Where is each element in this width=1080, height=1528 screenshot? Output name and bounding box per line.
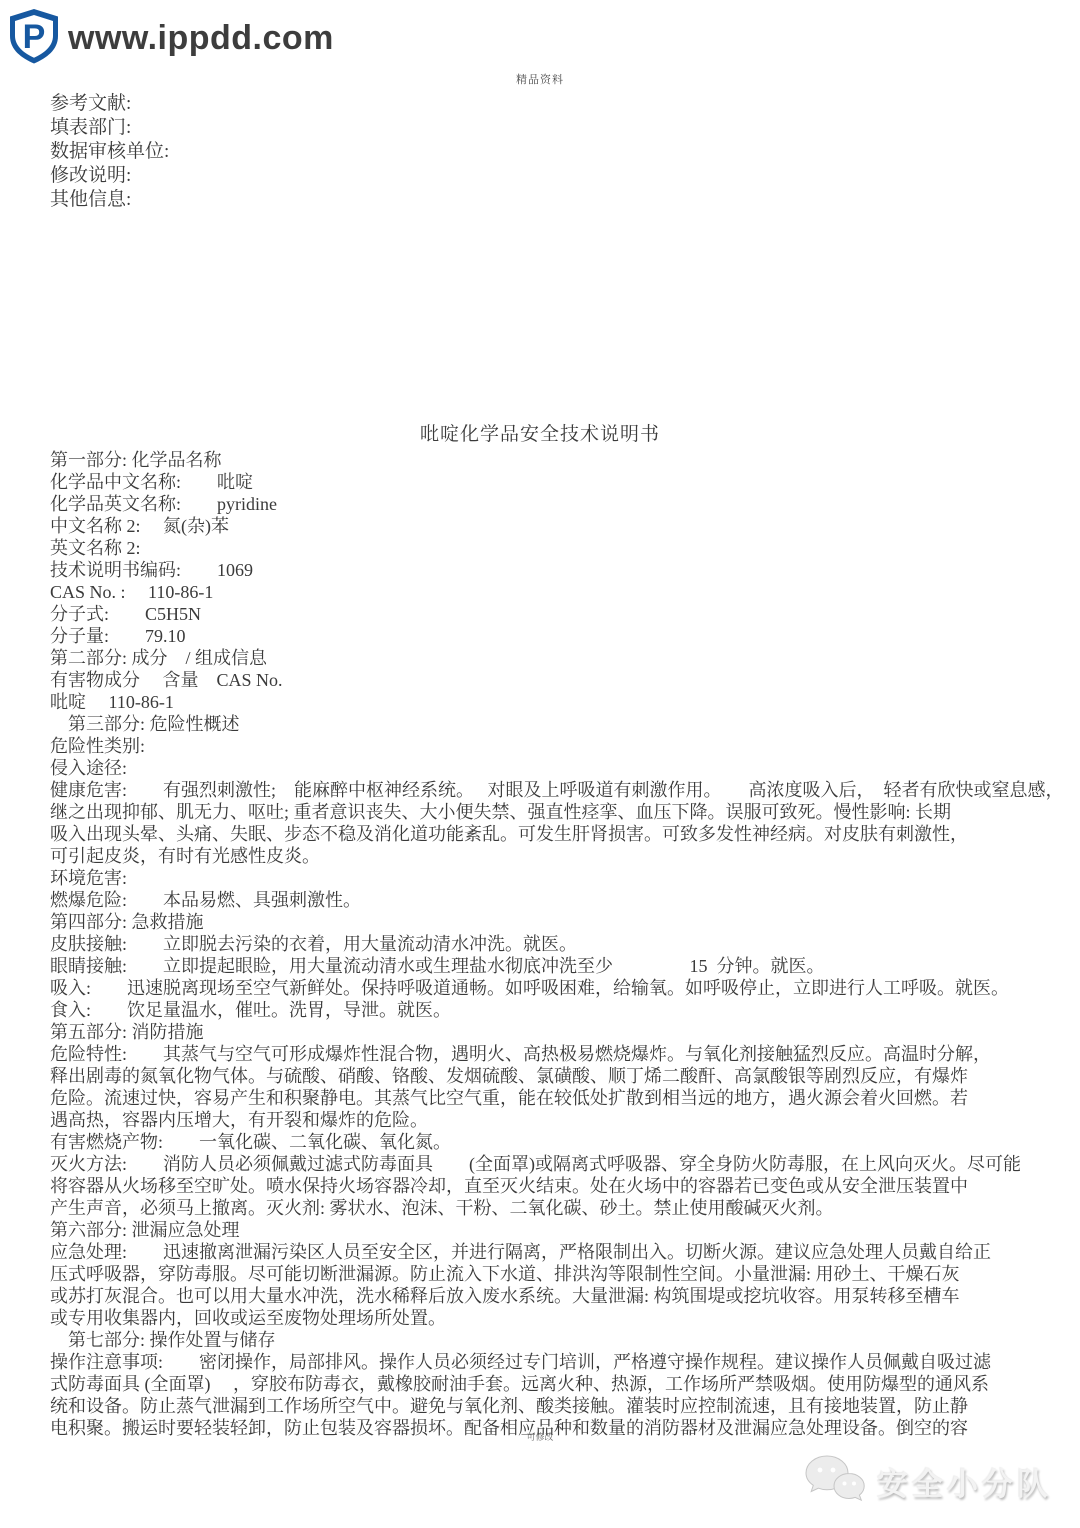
- footer-note: 可修改: [0, 1430, 1080, 1443]
- document-line: 第五部分: 消防措施: [50, 1021, 1050, 1043]
- document-line: 有害物成分 含量 CAS No.: [50, 669, 1050, 691]
- document-body: 第一部分: 化学品名称化学品中文名称: 吡啶化学品英文名称: pyridine中…: [50, 449, 1050, 1439]
- document-line: 技术说明书编码: 1069: [50, 559, 1050, 581]
- meta-line: 参考文献:: [50, 92, 169, 116]
- meta-line: 填表部门:: [50, 116, 169, 140]
- document-line: 第一部分: 化学品名称: [50, 449, 1050, 471]
- document-line: 压式呼吸器，穿防毒服。尽可能切断泄漏源。防止流入下水道、排洪沟等限制性空间。小量…: [50, 1263, 1050, 1285]
- bottom-watermark: 安全小分队: [803, 1452, 1052, 1511]
- shield-p-icon: P: [8, 8, 60, 69]
- site-url: www.ippdd.com: [68, 19, 334, 58]
- document-line: 应急处理: 迅速撤离泄漏污染区人员至安全区，并进行隔离，严格限制出入。切断火源。…: [50, 1241, 1050, 1263]
- document-line: 式防毒面具 (全面罩) ，穿胶布防毒衣，戴橡胶耐油手套。远离火种、热源，工作场所…: [50, 1373, 1050, 1395]
- document-line: 可引起皮炎，有时有光感性皮炎。: [50, 845, 1050, 867]
- bottom-watermark-label: 安全小分队: [877, 1459, 1052, 1504]
- site-logo: P www.ippdd.com: [8, 8, 334, 69]
- document-page: P www.ippdd.com 精品资料 参考文献:填表部门:数据审核单位:修改…: [0, 0, 1080, 1528]
- document-line: 危险特性: 其蒸气与空气可形成爆炸性混合物，遇明火、高热极易燃烧爆炸。与氧化剂接…: [50, 1043, 1050, 1065]
- document-line: 或苏打灰混合。也可以用大量水冲洗，洗水稀释后放入废水系统。大量泄漏: 构筑围堤或…: [50, 1285, 1050, 1307]
- document-line: 眼睛接触: 立即提起眼睑，用大量流动清水或生理盐水彻底冲洗至少 15 分钟。就医…: [50, 955, 1050, 977]
- document-line: 将容器从火场移至空旷处。喷水保持火场容器冷却，直至灭火结束。处在火场中的容器若已…: [50, 1175, 1050, 1197]
- document-line: 产生声音，必须马上撤离。灭火剂: 雾状水、泡沫、干粉、二氧化碳、砂土。禁止使用酸…: [50, 1197, 1050, 1219]
- document-line: 第四部分: 急救措施: [50, 911, 1050, 933]
- document-line: 化学品中文名称: 吡啶: [50, 471, 1050, 493]
- document-line: 健康危害: 有强烈刺激性; 能麻醉中枢神经系统。 对眼及上呼吸道有刺激作用。 高…: [50, 779, 1050, 801]
- svg-text:P: P: [23, 18, 46, 56]
- document-line: 统和设备。防止蒸气泄漏到工作场所空气中。避免与氧化剂、酸类接触。灌装时应控制流速…: [50, 1395, 1050, 1417]
- document-line: 继之出现抑郁、肌无力、呕吐; 重者意识丧失、大小便失禁、强直性痉挛、血压下降。误…: [50, 801, 1050, 823]
- document-line: 侵入途径:: [50, 757, 1050, 779]
- document-line: 吡啶 110-86-1: [50, 691, 1050, 713]
- document-line: 食入: 饮足量温水，催吐。洗胃，导泄。就医。: [50, 999, 1050, 1021]
- document-line: 皮肤接触: 立即脱去污染的衣着，用大量流动清水冲洗。就医。: [50, 933, 1050, 955]
- document-line: 吸入: 迅速脱离现场至空气新鲜处。保持呼吸道通畅。如呼吸困难，给输氧。如呼吸停止…: [50, 977, 1050, 999]
- document-line: 有害燃烧产物: 一氧化碳、二氧化碳、氧化氮。: [50, 1131, 1050, 1153]
- document-title: 吡啶化学品安全技术说明书: [0, 419, 1080, 446]
- document-line: 中文名称 2: 氮(杂)苯: [50, 515, 1050, 537]
- document-line: 灭火方法: 消防人员必须佩戴过滤式防毒面具 (全面罩)或隔离式呼吸器、穿全身防火…: [50, 1153, 1050, 1175]
- document-line: 第七部分: 操作处置与储存: [50, 1329, 1050, 1351]
- document-line: 操作注意事项: 密闭操作，局部排风。操作人员必须经过专门培训，严格遵守操作规程。…: [50, 1351, 1050, 1373]
- meta-line: 其他信息:: [50, 188, 169, 212]
- meta-block: 参考文献:填表部门:数据审核单位:修改说明:其他信息:: [50, 92, 169, 212]
- document-line: 第六部分: 泄漏应急处理: [50, 1219, 1050, 1241]
- document-line: 吸入出现头晕、头痛、失眠、步态不稳及消化道功能紊乱。可发生肝肾损害。可致多发性神…: [50, 823, 1050, 845]
- top-watermark-text: 精品资料: [0, 71, 1080, 87]
- wechat-icon: [803, 1452, 867, 1511]
- document-line: 危险。流速过快，容易产生和积聚静电。其蒸气比空气重，能在较低处扩散到相当远的地方…: [50, 1087, 1050, 1109]
- document-line: 释出剧毒的氮氧化物气体。与硫酸、硝酸、铬酸、发烟硫酸、氯磺酸、顺丁烯二酸酐、高氯…: [50, 1065, 1050, 1087]
- meta-line: 修改说明:: [50, 164, 169, 188]
- document-line: 危险性类别:: [50, 735, 1050, 757]
- document-line: CAS No. : 110-86-1: [50, 581, 1050, 603]
- document-line: 英文名称 2:: [50, 537, 1050, 559]
- document-line: 分子量: 79.10: [50, 625, 1050, 647]
- document-line: 第三部分: 危险性概述: [50, 713, 1050, 735]
- document-line: 环境危害:: [50, 867, 1050, 889]
- document-line: 燃爆危险: 本品易燃、具强刺激性。: [50, 889, 1050, 911]
- document-line: 第二部分: 成分 / 组成信息: [50, 647, 1050, 669]
- document-line: 或专用收集器内，回收或运至废物处理场所处置。: [50, 1307, 1050, 1329]
- document-line: 化学品英文名称: pyridine: [50, 493, 1050, 515]
- document-line: 分子式: C5H5N: [50, 603, 1050, 625]
- document-line: 遇高热，容器内压增大，有开裂和爆炸的危险。: [50, 1109, 1050, 1131]
- meta-line: 数据审核单位:: [50, 140, 169, 164]
